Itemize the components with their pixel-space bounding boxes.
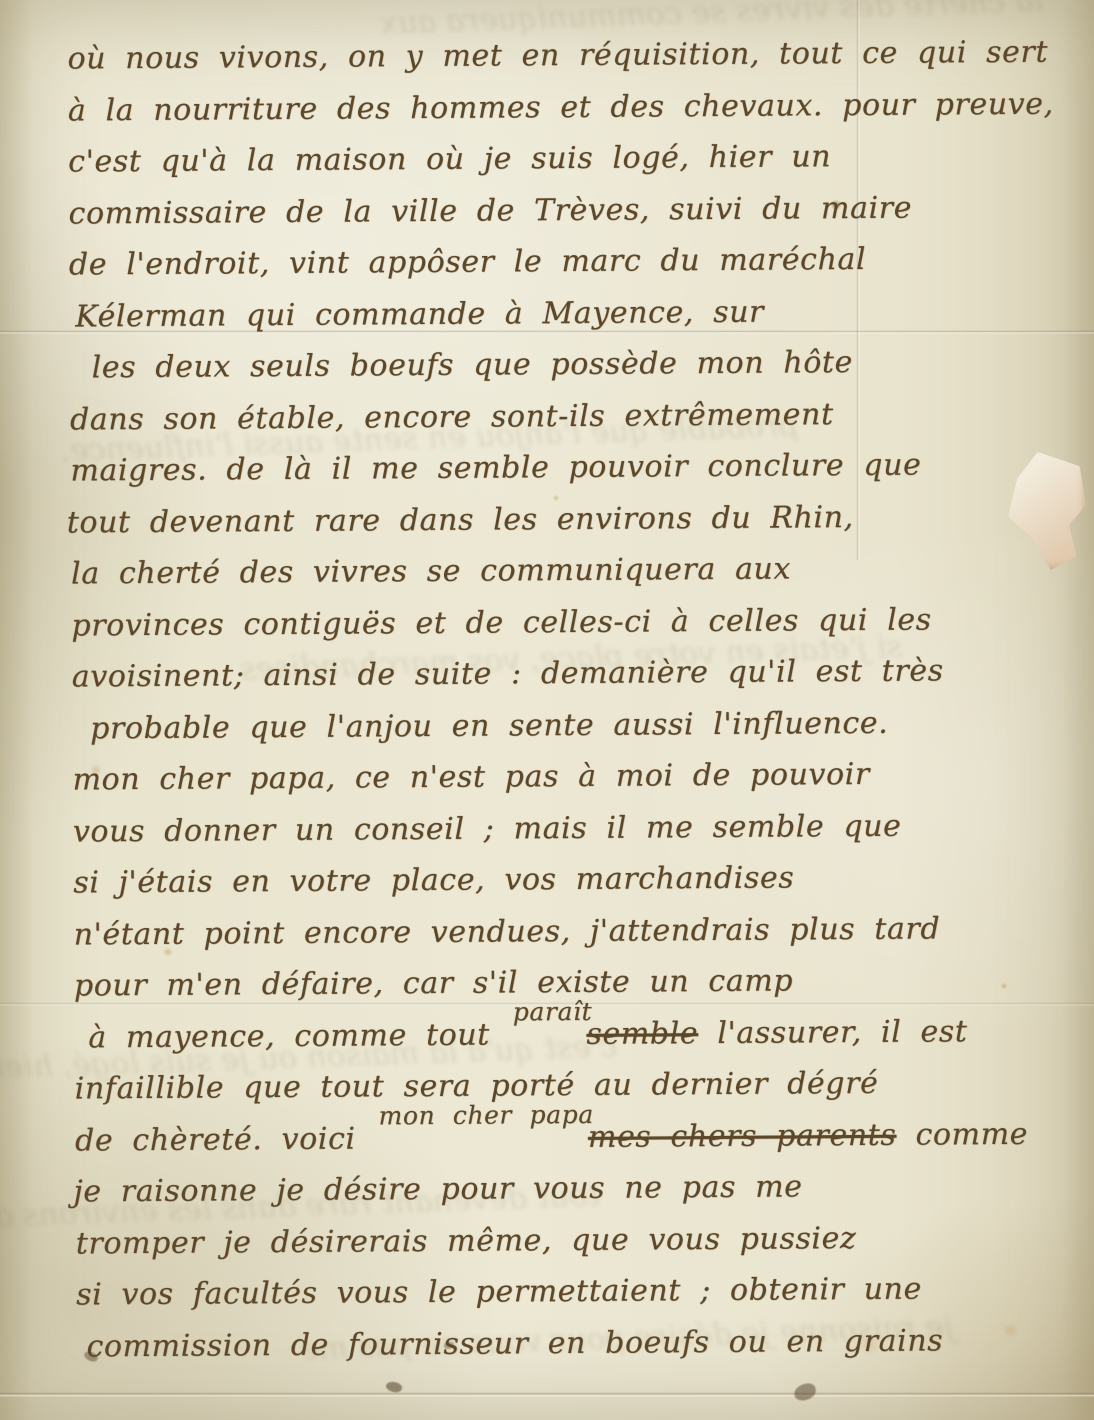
letter-line: commissaire de la ville de Trèves, suivi…	[68, 181, 1068, 239]
letter-line: si vos facultés vous le permettaient ; o…	[76, 1262, 1076, 1320]
letter-line-with-correction: à mayence, comme tout paraîtsemble l'ass…	[88, 1005, 1074, 1063]
letter-line: les deux seuls boeufs que possède mon hô…	[91, 336, 1069, 394]
bottom-fold-crease	[0, 1392, 1094, 1397]
letter-line: tout devenant rare dans les environs du …	[67, 490, 1071, 549]
letter-line: à la nourriture des hommes et des chevau…	[68, 78, 1068, 136]
line-text: à mayence, comme tout	[88, 1017, 509, 1055]
letter-line: vous donner un conseil ; mais il me semb…	[73, 799, 1073, 857]
struck-word: mes chers parents	[588, 1117, 897, 1154]
letter-line: la cherté des vivres se communiquera aux	[71, 542, 1071, 600]
letter-line: maigres. de là il me semble pouvoir conc…	[70, 439, 1070, 497]
letter-line: avoisinent; ainsi de suite : demanière q…	[72, 645, 1072, 703]
struck-word: semble	[586, 1016, 698, 1052]
line-text: l'assurer, il est	[698, 1014, 968, 1051]
letter-page: la cherté des vivres se communiquera aux…	[0, 0, 1094, 1420]
letter-line: de l'endroit, vint appôser le marc du ma…	[69, 233, 1069, 291]
interline-insertion: paraît	[513, 1011, 592, 1012]
letter-line: Kélerman qui commande à Mayence, sur	[75, 284, 1069, 342]
line-text: comme	[896, 1116, 1028, 1152]
ink-smudge	[793, 1382, 818, 1402]
letter-line: probable que l'anjou en sente aussi l'in…	[90, 696, 1072, 754]
letter-line: dans son étable, encore sont-ils extrême…	[70, 387, 1070, 445]
letter-line: je raisonne je désire pour vous ne pas m…	[73, 1159, 1075, 1217]
line-text: de chèreté. voici	[75, 1121, 375, 1158]
letter-line: n'étant point encore vendues, j'attendra…	[73, 902, 1073, 960]
letter-line: tromper je désirerais même, que vous pus…	[76, 1211, 1076, 1269]
letter-body: où nous vivons, on y met en réquisition,…	[67, 27, 1076, 1373]
interline-insertion: mon cher papa	[379, 1114, 594, 1116]
letter-line: commission de fournisseur en boeufs ou e…	[86, 1314, 1076, 1372]
letter-line: si j'étais en votre place, vos marchandi…	[73, 851, 1073, 909]
letter-line: mon cher papa, ce n'est pas à moi de pou…	[72, 748, 1072, 806]
letter-line-with-correction: de chèreté. voici mon cher papames chers…	[75, 1108, 1075, 1166]
ink-smudge	[385, 1380, 403, 1394]
letter-line: où nous vivons, on y met en réquisition,…	[67, 27, 1067, 85]
letter-line: provinces contiguës et de celles-ci à ce…	[71, 593, 1071, 651]
letter-line: c'est qu'à la maison où je suis logé, hi…	[68, 130, 1068, 188]
